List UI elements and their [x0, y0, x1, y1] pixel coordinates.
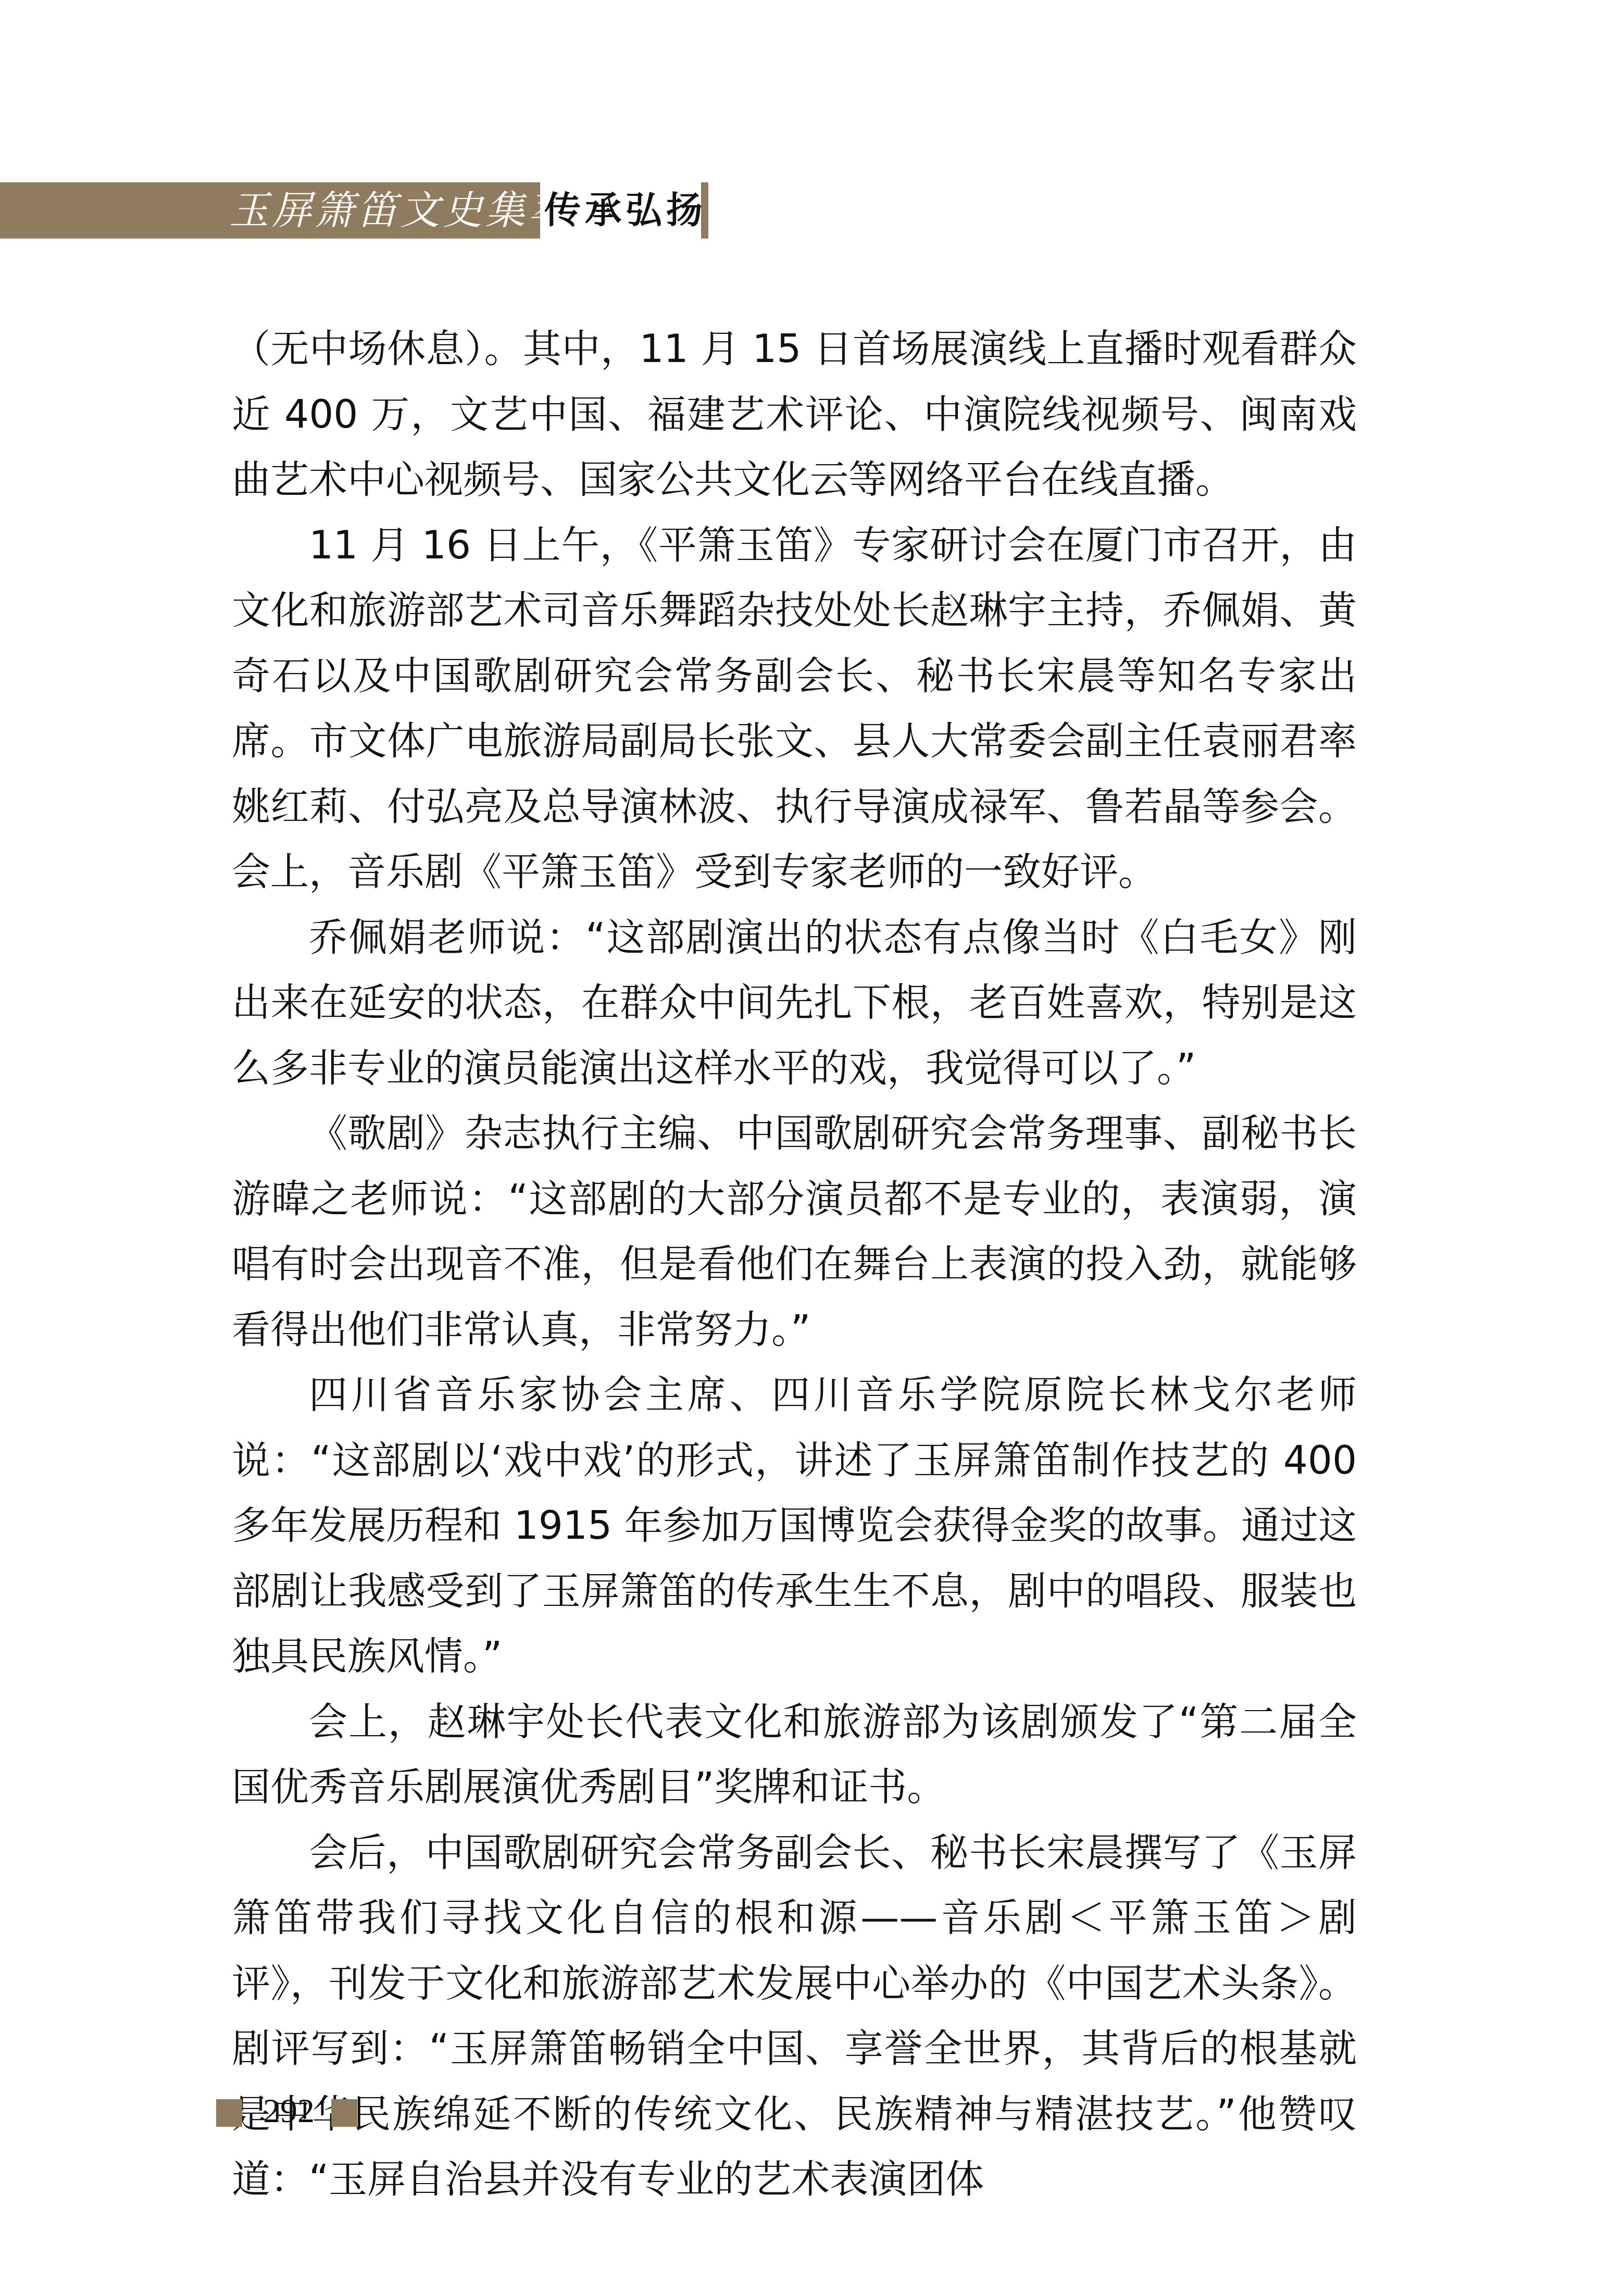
paragraph: （无中场休息）。其中，11 月 15 日首场展演线上直播时观看群众近 400 万… — [232, 317, 1357, 513]
paragraph: 乔佩娟老师说：“这部剧演出的状态有点像当时《白毛女》刚出来在延安的状态，在群众中… — [232, 905, 1357, 1102]
body-text: （无中场休息）。其中，11 月 15 日首场展演线上直播时观看群众近 400 万… — [232, 317, 1357, 2213]
header-accent-bar — [701, 182, 708, 239]
paragraph: 11 月 16 日上午，《平箫玉笛》专家研讨会在厦门市召开，由文化和旅游部艺术司… — [232, 513, 1357, 905]
footer-square-icon — [216, 2099, 242, 2127]
paragraph: 四川省音乐家协会主席、四川音乐学院原院长林戈尔老师说：“这部剧以‘戏中戏’的形式… — [232, 1363, 1357, 1690]
header-band: 玉屏箫笛文史集萃 — [0, 182, 540, 239]
page-number: 292 — [263, 2092, 315, 2130]
book-title-calligraphy: 玉屏箫笛文史集萃 — [229, 186, 571, 234]
paragraph: 会上，赵琳宇处长代表文化和旅游部为该剧颁发了“第二届全国优秀音乐剧展演优秀剧目”… — [232, 1690, 1357, 1821]
section-title: 传承弘扬 — [544, 182, 707, 239]
footer-square-icon — [331, 2099, 357, 2127]
paragraph: 《歌剧》杂志执行主编、中国歌剧研究会常务理事、副秘书长游暐之老师说：“这部剧的大… — [232, 1101, 1357, 1363]
paragraph: 会后，中国歌剧研究会常务副会长、秘书长宋晨撰写了《玉屏箫笛带我们寻找文化自信的根… — [232, 1821, 1357, 2213]
